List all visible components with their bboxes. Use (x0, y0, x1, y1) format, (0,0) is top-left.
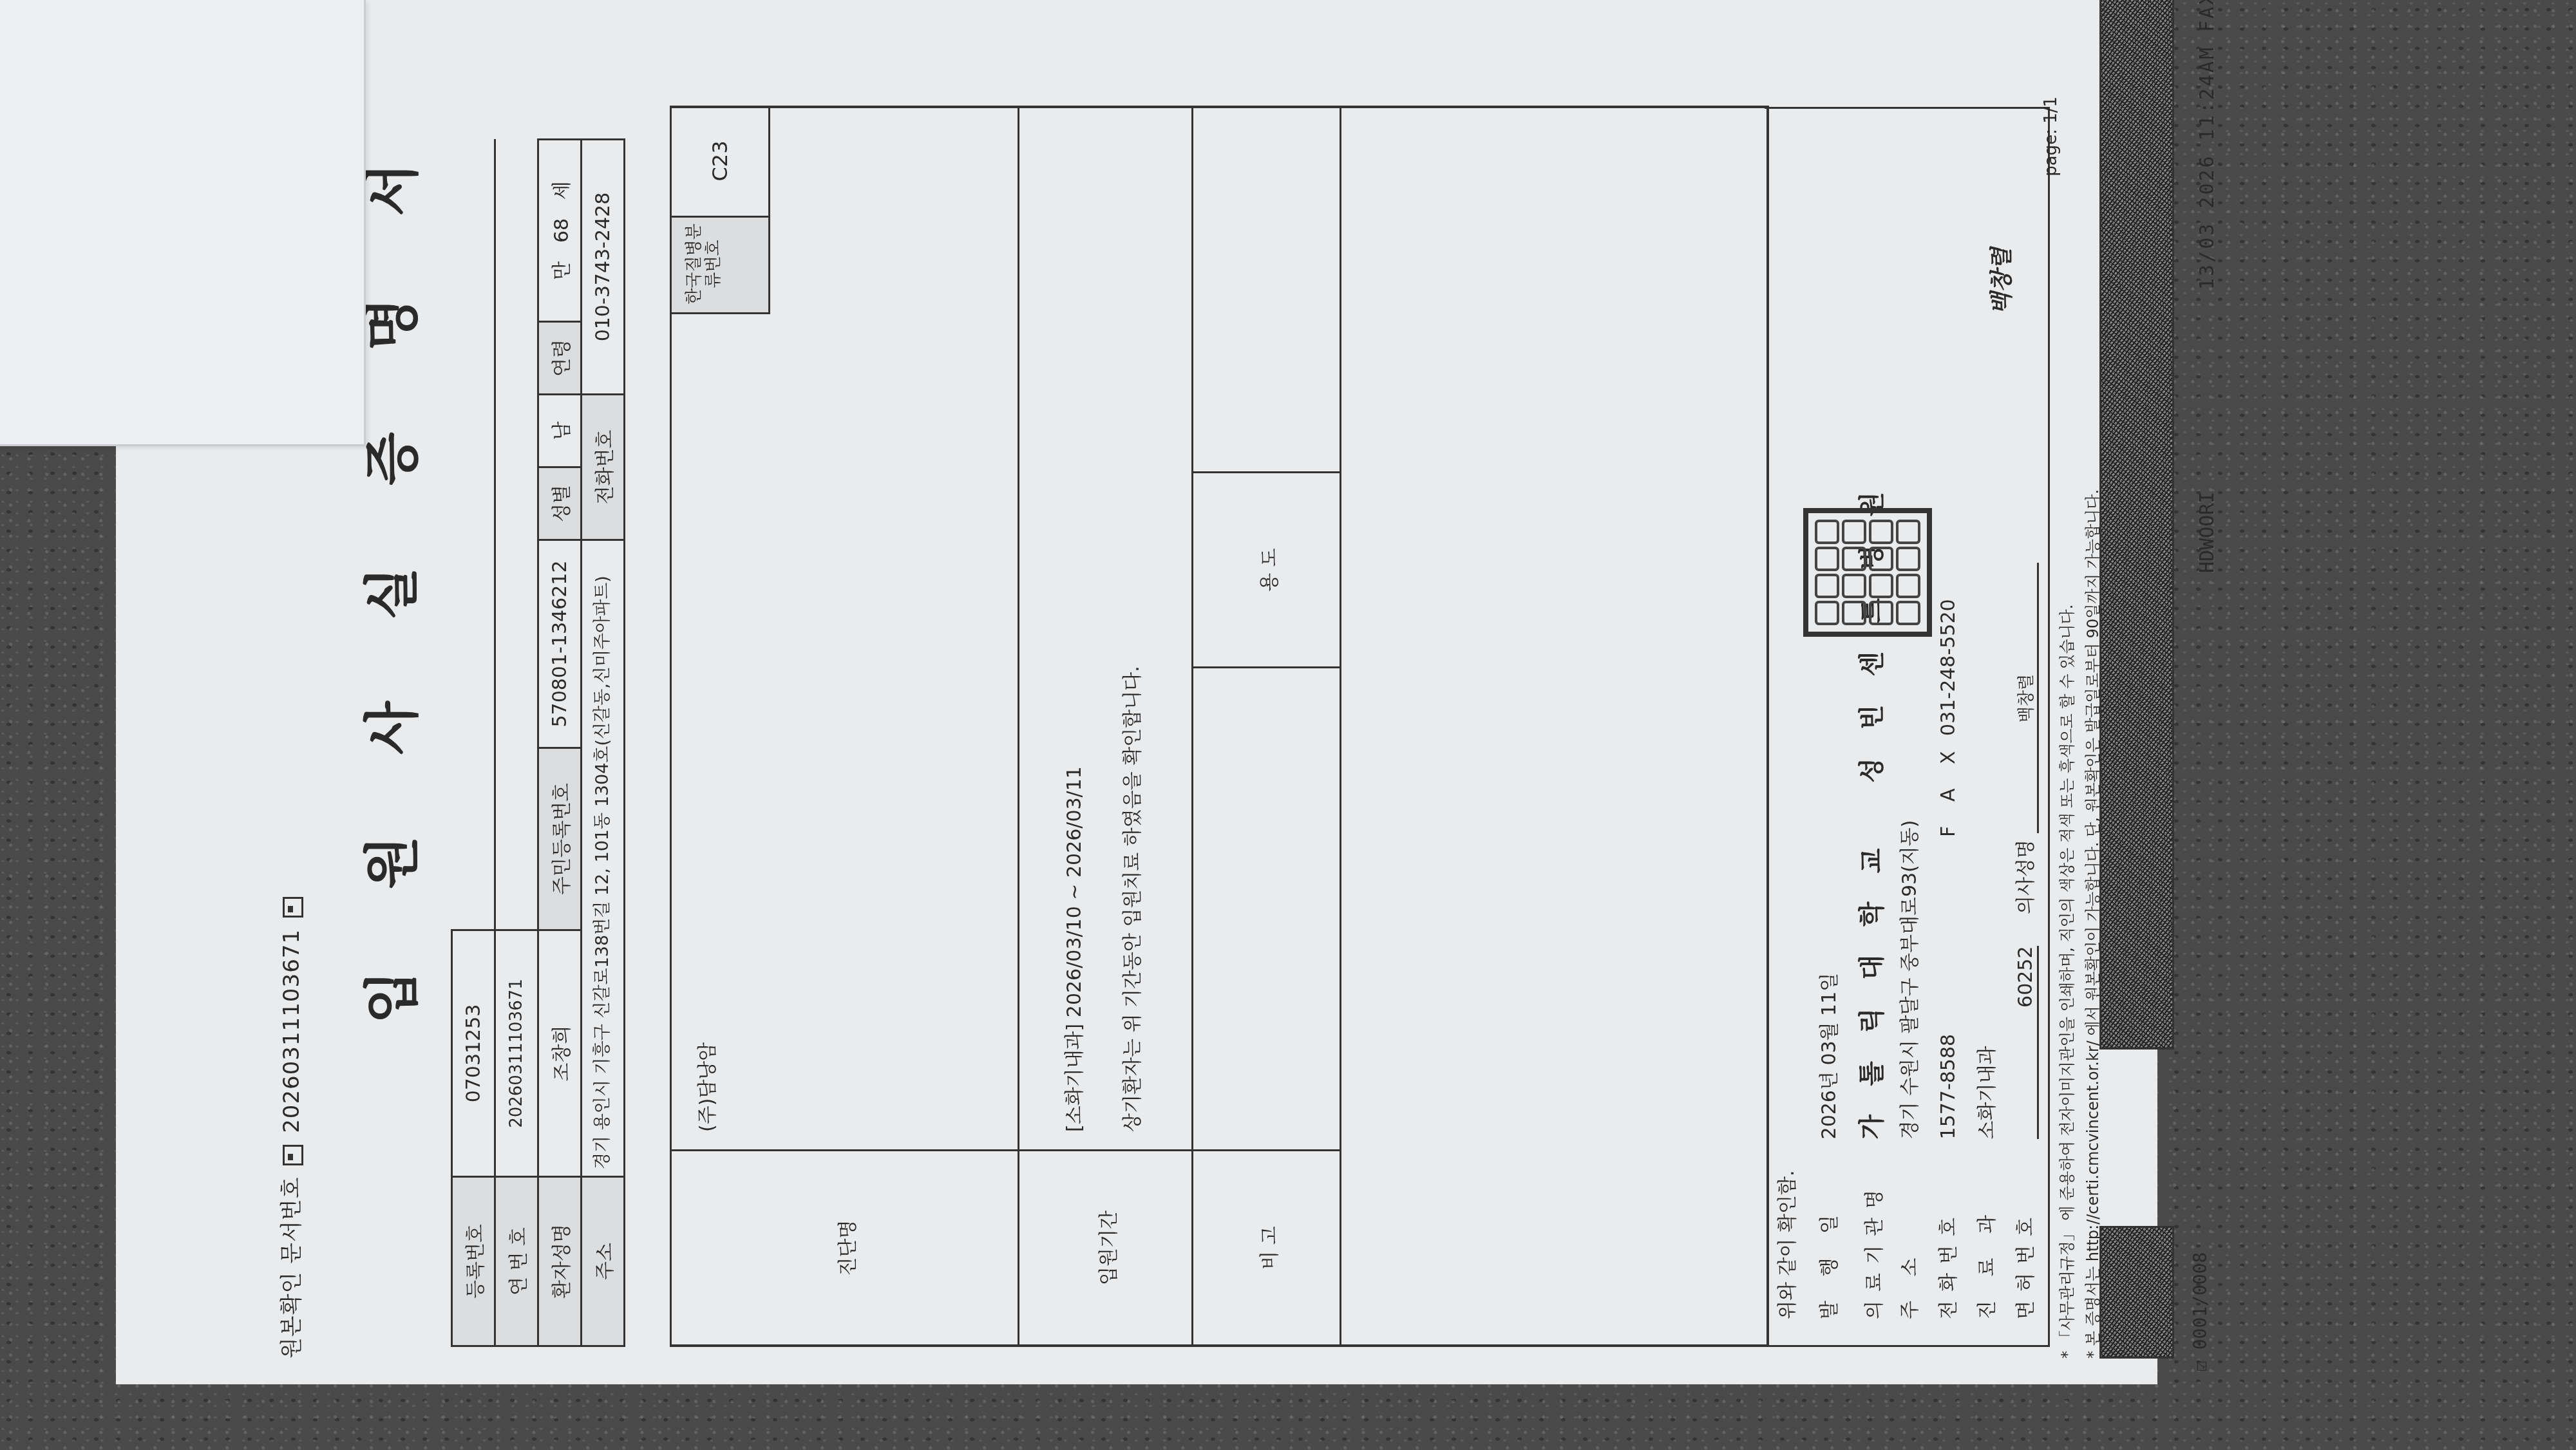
issuer-section: 위와 같이 확인함. 발 행 일 2026년 03월 11일 의료기관명 가톨릭… (1765, 107, 2050, 1347)
official-seal-stamp (1803, 508, 1932, 637)
sex-value: 남 (538, 395, 582, 467)
diagnosis-label: 진단명 (672, 1149, 1019, 1344)
department-label: 진 료 과 (1971, 1145, 1999, 1319)
disease-code-value: C23 (672, 106, 770, 218)
institution-label: 의료기관명 (1858, 1145, 1886, 1319)
doctor-signature: 백창렬 (1984, 248, 2016, 315)
doc-number-value: 20260311103671 (279, 929, 305, 1133)
admission-period-label: 입원기간 (1019, 1149, 1193, 1344)
address-label: 주소 (582, 1177, 625, 1346)
doctor-name: 백창렬 (2013, 563, 2039, 833)
fax-page-counter: ☑ 0001/0008 (2190, 1252, 2211, 1371)
2d-barcode-small (2099, 1226, 2174, 1359)
issuer-address-line: 주 소 경기 수원시 팔달구 중부대로93(지동) (1893, 820, 1922, 1319)
footnote-seal: * 「사무관리규정」 에 준용하여 전자이미지관인을 인쇄하며, 직인의 색상은… (2054, 489, 2080, 1359)
admission-period-value: [소화기내과] 2026/03/10 ~ 2026/03/11 (1058, 766, 1086, 1132)
fax-counter-value: 0001/0008 (2190, 1252, 2211, 1350)
diagnosis-row: 진단명 (주)담낭암 한국질병분류번호 C23 (670, 106, 1019, 1347)
age-suffix: 세 (551, 181, 573, 200)
issuer-phone-line: 전화번호 1577-8588 F A X 031-248-5520 (1932, 599, 1960, 1319)
age-number: 68 (551, 218, 573, 243)
issuer-phone-value: 1577-8588 (1937, 843, 1960, 1139)
doc-number-label: 원본확인 문서번호 (279, 1176, 305, 1359)
fax-icon: ☑ (2190, 1361, 2211, 1371)
patient-name-value: 조창희 (538, 930, 582, 1177)
overlapping-paper-sheet (0, 0, 366, 446)
admission-period-row: 입원기간 [소화기내과] 2026/03/10 ~ 2026/03/11 상기환… (1018, 106, 1193, 1347)
remarks-row: 비 고 용 도 (1191, 106, 1341, 1347)
issuer-fax-label: F A X (1937, 742, 1960, 837)
phone-value: 010-3743-2428 (582, 140, 625, 395)
footnotes: * 「사무관리규정」 에 준용하여 전자이미지관인을 인쇄하며, 직인의 색상은… (2054, 489, 2106, 1359)
issue-date-label: 발 행 일 (1813, 1145, 1841, 1319)
license-label: 면허번호 (2009, 1145, 2038, 1319)
disease-code-label-cell: 한국질병분류번호 (672, 216, 770, 314)
confirm-text: 위와 같이 확인함. (1771, 1171, 1799, 1319)
issue-date-line: 발 행 일 2026년 03월 11일 (1813, 973, 1841, 1319)
issuer-phone-label: 전화번호 (1932, 1145, 1960, 1319)
resident-no-value: 570801-1346212 (538, 540, 582, 748)
issuer-address-value: 경기 수원시 팔달구 중부대로93(지동) (1899, 820, 1921, 1140)
reg-no-value: 07031253 (452, 930, 495, 1177)
reg-no-label: 등록번호 (452, 1177, 495, 1346)
age-label: 연령 (538, 322, 582, 395)
fax-station-id: HDWOORI (2196, 492, 2219, 573)
license-line: 면허번호 60252 의사성명 백창렬 (2009, 563, 2039, 1319)
issue-no-value: 20260311103671 (495, 930, 538, 1177)
department-line: 진 료 과 소화기내과 (1971, 1046, 1999, 1319)
age-value: 만 68 세 (538, 140, 582, 322)
page-indicator: page: 1/1 (2041, 97, 2061, 176)
license-value: 60252 (2014, 946, 2039, 1139)
checkbox-icon (283, 897, 303, 918)
disease-code-label: 한국질병분류번호 (685, 222, 723, 306)
resident-no-label: 주민등록번호 (538, 748, 582, 930)
sex-label: 성별 (538, 467, 582, 540)
admission-statement: 상기환자는 위 기간동안 입원치료 하였음을 확인합니다. (1116, 666, 1144, 1132)
issuer-address-label: 주 소 (1893, 1145, 1922, 1319)
admission-certificate-document: 원본확인 문서번호 20260311103671 입 원 사 실 증 명 서 등… (116, 0, 2157, 1384)
diagnosis-value: (주)담낭암 (691, 1042, 719, 1132)
phone-label: 전화번호 (582, 395, 625, 540)
patient-info-table: 등록번호 07031253 연 번 호 20260311103671 환자성명 … (451, 138, 625, 1347)
doctor-label: 의사성명 (2014, 840, 2037, 914)
checkbox-icon (283, 1145, 303, 1165)
remarks-label: 비 고 (1193, 1149, 1341, 1344)
age-prefix: 만 (551, 261, 573, 280)
issue-date-value: 2026년 03월 11일 (1818, 973, 1841, 1140)
original-document-number: 원본확인 문서번호 20260311103671 (274, 893, 305, 1359)
issue-no-label: 연 번 호 (495, 1177, 538, 1346)
2d-barcode-wide (2099, 0, 2174, 1050)
fax-header-line: 13/03 2026 11:24AM FAX +0318001899O (2196, 0, 2219, 290)
issuer-fax-value: 031-248-5520 (1937, 599, 1960, 736)
patient-name-label: 환자성명 (538, 1177, 582, 1346)
blank-section (1340, 106, 1769, 1347)
purpose-label: 용 도 (1193, 471, 1341, 668)
address-value: 경기 용인시 기흥구 신갈로138번길 12, 101동 1304호(신갈동,신… (582, 540, 625, 1177)
department-value: 소화기내과 (1976, 1046, 1998, 1140)
